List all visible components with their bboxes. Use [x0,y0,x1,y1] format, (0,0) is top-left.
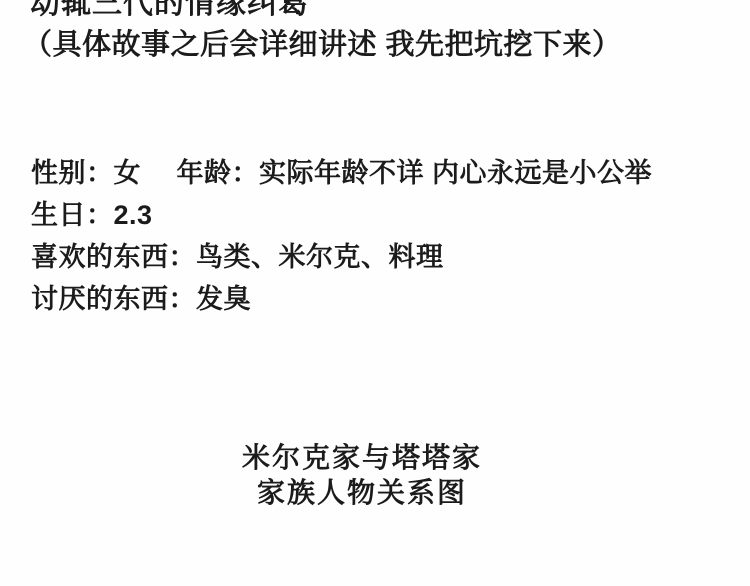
family-chart-title-line-1: 米尔克家与塔塔家 [0,440,737,475]
profile-likes: 喜欢的东西：鸟类、米尔克、料理 [31,236,652,278]
profile-dislikes: 讨厌的东西：发臭 [31,278,652,320]
story-intro-line-1: 动辄三代的情缘纠葛 [30,0,309,19]
family-chart-title-line-2: 家族人物关系图 [0,475,737,510]
profile-birthday: 生日：2.3 [31,194,652,236]
profile-gender-age: 性别：女 年龄：实际年龄不详 内心永远是小公举 [31,152,652,194]
comic-profile-page: 动辄三代的情缘纠葛 （具体故事之后会详细讲述 我先把坑挖下来） 性别：女 年龄：… [0,0,750,586]
story-intro-line-2: （具体故事之后会详细讲述 我先把坑挖下来） [23,29,622,62]
family-chart-title: 米尔克家与塔塔家 家族人物关系图 [0,440,737,510]
character-profile: 性别：女 年龄：实际年龄不详 内心永远是小公举 生日：2.3 喜欢的东西：鸟类、… [31,152,652,320]
